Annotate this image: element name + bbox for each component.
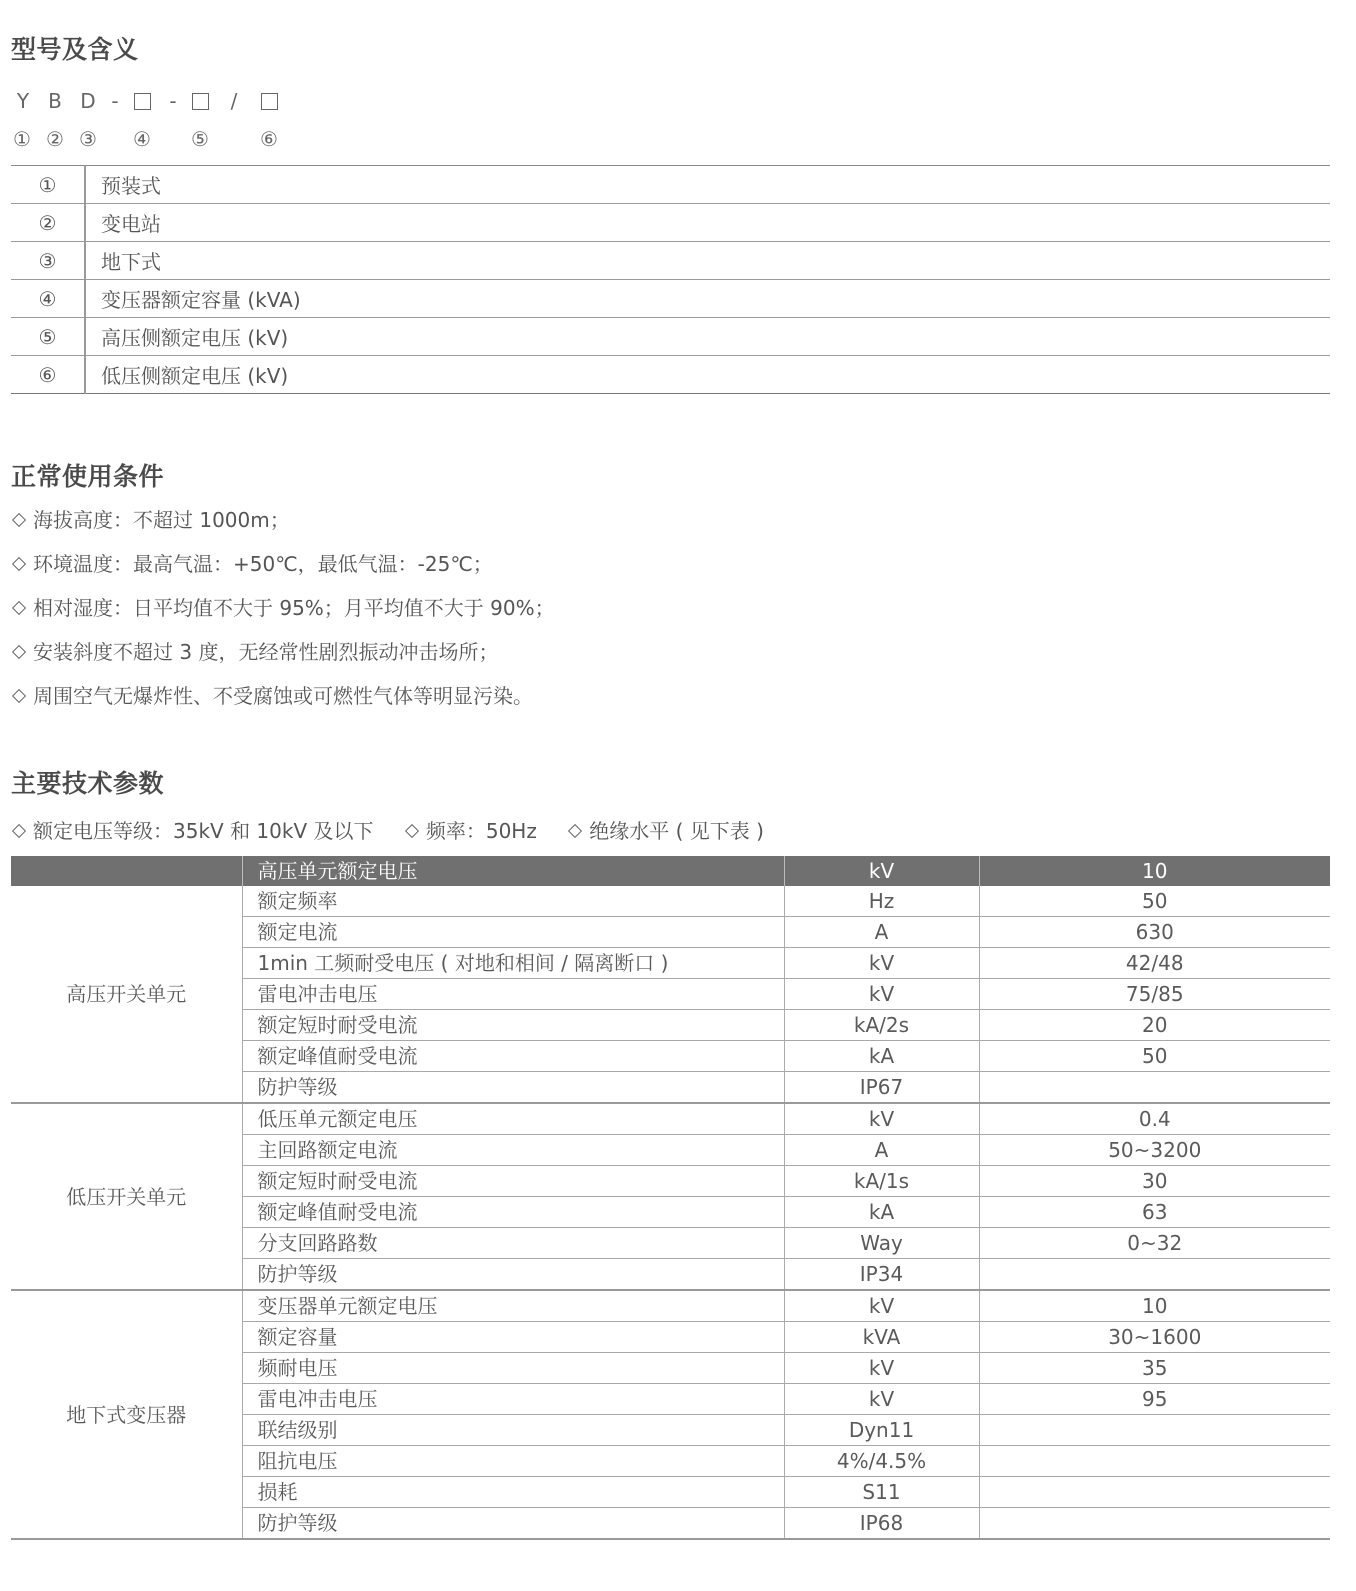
param-value: 30 [979,1166,1330,1197]
meaning-text: 变电站 [85,204,1330,242]
tech-summary: 额定电压等级：35kV 和 10kV 及以下 频率：50Hz 绝缘水平 ( 见下… [11,815,788,844]
param-name: 频耐电压 [242,1353,784,1384]
diamond-bullet-icon [12,557,26,571]
code-letter: D [76,89,100,113]
section-title-model: 型号及含义 [11,30,139,66]
meaning-text: 预装式 [85,166,1330,204]
param-name: 高压单元额定电压 [242,856,784,886]
param-name: 分支回路路数 [242,1228,784,1259]
param-unit: Hz [784,886,979,917]
code-number: ③ [76,127,100,151]
code-letter: Y [11,89,35,113]
meaning-text: 地下式 [85,242,1330,280]
diamond-bullet-icon [12,601,26,615]
table-row: ⑥ 低压侧额定电压 (kV) [11,356,1330,394]
param-unit: kA [784,1197,979,1228]
code-letter: B [43,89,67,113]
group-label: 高压开关单元 [11,886,242,1103]
param-unit: Way [784,1228,979,1259]
param-name: 额定峰值耐受电流 [242,1041,784,1072]
param-name: 主回路额定电流 [242,1135,784,1166]
param-value [979,1072,1330,1104]
param-name: 额定短时耐受电流 [242,1166,784,1197]
param-value: 42/48 [979,948,1330,979]
param-value: 35 [979,1353,1330,1384]
table-row: ② 变电站 [11,204,1330,242]
param-unit: kA/1s [784,1166,979,1197]
param-value [979,1415,1330,1446]
param-name: 额定频率 [242,886,784,917]
param-name: 阻抗电压 [242,1446,784,1477]
param-unit: A [784,1135,979,1166]
group-label: 低压开关单元 [11,1103,242,1290]
box-icon [261,93,278,110]
param-name: 额定电流 [242,917,784,948]
meaning-number: ④ [11,280,85,318]
param-unit: kV [784,1384,979,1415]
meaning-text: 变压器额定容量 (kVA) [85,280,1330,318]
param-value: 75/85 [979,979,1330,1010]
header-blank [11,856,242,886]
code-slash: / [222,89,246,113]
table-row: ① 预装式 [11,166,1330,204]
diamond-bullet-icon [12,689,26,703]
param-name: 联结级别 [242,1415,784,1446]
code-box-placeholder [257,89,281,115]
param-value [979,1259,1330,1291]
param-value: 10 [979,856,1330,886]
list-item: 海拔高度：不超过 1000m； [11,505,555,549]
table-row: ③ 地下式 [11,242,1330,280]
param-unit: S11 [784,1477,979,1508]
param-unit: kA/2s [784,1010,979,1041]
table-row: ⑤ 高压侧额定电压 (kV) [11,318,1330,356]
diamond-bullet-icon [405,824,419,838]
code-number: ⑥ [257,127,281,151]
param-name: 额定容量 [242,1322,784,1353]
diamond-bullet-icon [12,513,26,527]
diamond-bullet-icon [568,824,582,838]
table-row: ④ 变压器额定容量 (kVA) [11,280,1330,318]
param-name: 雷电冲击电压 [242,979,784,1010]
param-unit: 4%/4.5% [784,1446,979,1477]
param-unit: kVA [784,1322,979,1353]
conditions-list: 海拔高度：不超过 1000m； 环境温度：最高气温：+50℃，最低气温：-25℃… [11,505,555,725]
param-value: 50 [979,1041,1330,1072]
section-title-tech-params: 主要技术参数 [11,764,164,800]
table-row: 低压开关单元 低压单元额定电压 kV 0.4 [11,1103,1330,1135]
meaning-number: ⑤ [11,318,85,356]
group-label: 地下式变压器 [11,1290,242,1539]
table-row: 高压开关单元 额定频率 Hz 50 [11,886,1330,917]
table-row: 地下式变压器 变压器单元额定电压 kV 10 [11,1290,1330,1322]
meaning-text: 低压侧额定电压 (kV) [85,356,1330,394]
param-value: 20 [979,1010,1330,1041]
code-box-placeholder [188,89,212,115]
box-icon [192,93,209,110]
param-name: 低压单元额定电压 [242,1103,784,1135]
meaning-number: ② [11,204,85,242]
param-unit: kV [784,1290,979,1322]
param-value: 0.4 [979,1103,1330,1135]
list-item: 周围空气无爆炸性、不受腐蚀或可燃性气体等明显污染。 [11,681,555,725]
param-unit: kV [784,1103,979,1135]
param-name: 损耗 [242,1477,784,1508]
param-value: 10 [979,1290,1330,1322]
meaning-number: ① [11,166,85,204]
param-value [979,1446,1330,1477]
list-item: 安装斜度不超过 3 度，无经常性剧烈振动冲击场所； [11,637,555,681]
meaning-text: 高压侧额定电压 (kV) [85,318,1330,356]
param-unit: A [784,917,979,948]
param-value: 30~1600 [979,1322,1330,1353]
code-number: ① [10,127,34,151]
param-value: 63 [979,1197,1330,1228]
param-name: 雷电冲击电压 [242,1384,784,1415]
code-number: ⑤ [188,127,212,151]
param-value [979,1508,1330,1540]
param-name: 额定短时耐受电流 [242,1010,784,1041]
param-name: 防护等级 [242,1508,784,1540]
table-header-row: 高压单元额定电压 kV 10 [11,856,1330,886]
param-unit: kV [784,979,979,1010]
param-value: 95 [979,1384,1330,1415]
param-unit: kA [784,1041,979,1072]
param-name: 变压器单元额定电压 [242,1290,784,1322]
code-number: ② [43,127,67,151]
param-unit: kV [784,856,979,886]
summary-item: 额定电压等级：35kV 和 10kV 及以下 [11,819,374,843]
meaning-number: ③ [11,242,85,280]
code-dash: - [103,89,127,113]
param-value: 50 [979,886,1330,917]
param-unit: kV [784,948,979,979]
param-unit: IP34 [784,1259,979,1291]
tech-params-table: 高压单元额定电压 kV 10 高压开关单元 额定频率 Hz 50 额定电流 A … [11,856,1330,1540]
summary-item: 绝缘水平 ( 见下表 ) [567,819,764,843]
section-title-conditions: 正常使用条件 [11,457,164,493]
param-value: 0~32 [979,1228,1330,1259]
diamond-bullet-icon [12,645,26,659]
diamond-bullet-icon [12,824,26,838]
param-unit: kV [784,1353,979,1384]
param-value [979,1477,1330,1508]
param-name: 防护等级 [242,1259,784,1291]
param-value: 630 [979,917,1330,948]
summary-item: 频率：50Hz [404,819,537,843]
param-name: 防护等级 [242,1072,784,1104]
param-value: 50~3200 [979,1135,1330,1166]
model-meaning-table: ① 预装式 ② 变电站 ③ 地下式 ④ 变压器额定容量 (kVA) ⑤ 高压侧额… [11,165,1330,394]
param-unit: IP68 [784,1508,979,1540]
param-unit: Dyn11 [784,1415,979,1446]
param-name: 额定峰值耐受电流 [242,1197,784,1228]
list-item: 环境温度：最高气温：+50℃，最低气温：-25℃； [11,549,555,593]
box-icon [134,93,151,110]
list-item: 相对湿度：日平均值不大于 95%；月平均值不大于 90%； [11,593,555,637]
param-unit: IP67 [784,1072,979,1104]
code-number: ④ [130,127,154,151]
meaning-number: ⑥ [11,356,85,394]
code-dash: - [161,89,185,113]
param-name: 1min 工频耐受电压 ( 对地和相间 / 隔离断口 ) [242,948,784,979]
code-box-placeholder [130,89,154,115]
